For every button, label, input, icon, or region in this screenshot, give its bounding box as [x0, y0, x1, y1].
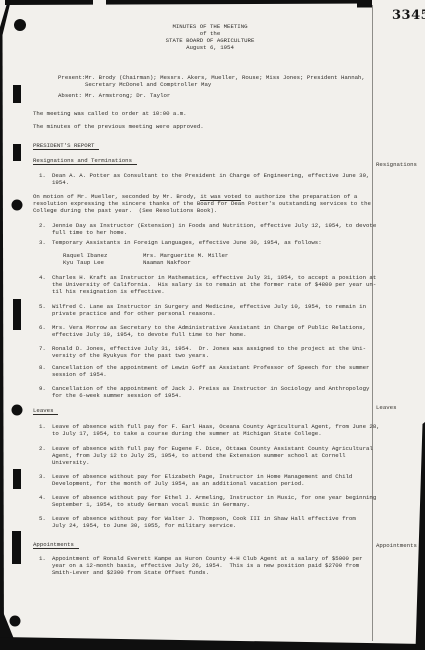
- document-title: MINUTES OF THE MEETING of the STATE BOAR…: [41, 23, 379, 51]
- present-label: Present:: [58, 74, 85, 81]
- item-number: 3.: [39, 239, 46, 246]
- attendance-absent: Absent: Mr. Armstrong; Dr. Taylor: [33, 92, 371, 99]
- presidents-report-heading-text: PRESIDENT'S REPORT: [33, 142, 99, 150]
- absent-label: Absent:: [58, 92, 82, 99]
- presidents-report-heading: PRESIDENT'S REPORT: [33, 142, 371, 150]
- item-text: Cancellation of the appointment of Jack …: [52, 385, 371, 399]
- binder-mark: [13, 85, 21, 103]
- resignation-item-3: 3. Temporary Assistants in Foreign Langu…: [33, 239, 371, 246]
- resignation-item-2: 2. Jennie Day as Instructor (Extension) …: [33, 222, 371, 236]
- attendance-present: Present: Mr. Brody (Chairman); Messrs. A…: [33, 74, 371, 88]
- leave-item-5: 5. Leave of absence without pay for Walt…: [33, 515, 371, 529]
- binder-mark: [12, 531, 21, 564]
- scan-left-edge: [0, 33, 4, 650]
- minutes-approved-text: The minutes of the previous meeting were…: [33, 123, 371, 130]
- leave-item-4: 4. Leave of absence without pay for Ethe…: [33, 494, 371, 508]
- item-text: Appointment of Ronald Everett Kampe as H…: [52, 555, 371, 576]
- called-to-order-line: The meeting was called to order at 10:00…: [33, 110, 371, 117]
- item-number: 2.: [39, 445, 46, 452]
- absent-names: Mr. Armstrong; Dr. Taylor: [85, 92, 371, 99]
- title-line-1: MINUTES OF THE MEETING: [41, 23, 379, 30]
- item-text: Wilfred C. Lane as Instructor in Surgery…: [52, 303, 371, 317]
- resignation-item-5: 5. Wilfred C. Lane as Instructor in Surg…: [33, 303, 371, 317]
- motion-paragraph: On motion of Mr. Mueller, seconded by Mr…: [33, 193, 371, 214]
- resignation-item-7: 7. Ronald D. Jones, effective July 31, 1…: [33, 345, 371, 359]
- item-text: Dean A. A. Potter as Consultant to the P…: [52, 172, 371, 186]
- temporary-assistants-names: Raquel IbanezKyu Taup Lee Mrs. Marguerit…: [33, 252, 371, 266]
- item-number: 6.: [39, 324, 46, 331]
- item-number: 1.: [39, 172, 46, 179]
- leave-item-3: 3. Leave of absence without pay for Eliz…: [33, 473, 371, 487]
- present-names: Mr. Brody (Chairman); Messrs. Akers, Mue…: [85, 74, 371, 88]
- assistants-column-2: Mrs. Marguerite M. MillerNaaman Nakfoor: [143, 252, 228, 266]
- item-number: 4.: [39, 274, 46, 281]
- called-to-order-text: The meeting was called to order at 10:00…: [33, 110, 371, 117]
- binder-mark: [13, 469, 21, 489]
- motion-line-2: resolution expressing the sincere thanks…: [33, 200, 371, 207]
- motion-line-3: College during the past year. (See Resol…: [33, 207, 371, 214]
- item-text: Leave of absence with full pay for Eugen…: [52, 445, 371, 466]
- binder-mark: [13, 299, 21, 330]
- resignations-heading: Resignations and Terminations: [33, 157, 371, 165]
- scan-right-edge: [416, 422, 425, 650]
- item-number: 1.: [39, 555, 46, 562]
- scan-corner-diagonal: [0, 0, 11, 35]
- margin-column-rule: [372, 5, 373, 641]
- resignation-item-9: 9. Cancellation of the appointment of Ja…: [33, 385, 371, 399]
- item-text: Charles H. Kraft as Instructor in Mathem…: [52, 274, 371, 295]
- binder-hole: [12, 200, 23, 211]
- item-number: 3.: [39, 473, 46, 480]
- item-number: 8.: [39, 364, 46, 371]
- item-text: Leave of absence without pay for Elizabe…: [52, 473, 371, 487]
- title-line-3: STATE BOARD OF AGRICULTURE: [41, 37, 379, 44]
- motion-line-1: On motion of Mr. Mueller, seconded by Mr…: [33, 193, 371, 200]
- margin-note-appointments: Appointments: [376, 542, 417, 549]
- scan-bottom-left-wedge: [0, 610, 14, 643]
- leaves-heading: Leaves: [33, 407, 371, 415]
- motion-text: to authorize the preparation of a: [241, 193, 357, 200]
- title-line-4: August 6, 1954: [41, 44, 379, 51]
- item-text: Cancellation of the appointment of Lewin…: [52, 364, 371, 378]
- minutes-approved-line: The minutes of the previous meeting were…: [33, 123, 371, 130]
- document-page: 3345 Resignations Leaves Appointments MI…: [0, 0, 425, 650]
- appointments-heading-text: Appointments: [33, 541, 79, 549]
- leaves-heading-text: Leaves: [33, 407, 58, 415]
- resignations-heading-text: Resignations and Terminations: [33, 157, 137, 165]
- resignation-item-6: 6. Mrs. Vera Morrow as Secretary to the …: [33, 324, 371, 338]
- item-number: 9.: [39, 385, 46, 392]
- item-text: Leave of absence without pay for Ethel J…: [52, 494, 371, 508]
- leave-item-1: 1. Leave of absence with full pay for F.…: [33, 423, 371, 437]
- motion-text: On motion of Mr. Mueller, seconded by Mr…: [33, 193, 200, 200]
- page-number: 3345: [392, 8, 425, 23]
- assistants-column-1: Raquel IbanezKyu Taup Lee: [63, 252, 107, 266]
- binder-hole: [12, 405, 23, 416]
- item-text: Leave of absence without pay for Walter …: [52, 515, 371, 529]
- item-text: Ronald D. Jones, effective July 31, 1954…: [52, 345, 371, 359]
- item-number: 1.: [39, 423, 46, 430]
- binder-hole: [14, 19, 26, 31]
- margin-note-resignations: Resignations: [376, 161, 417, 168]
- resignation-item-8: 8. Cancellation of the appointment of Le…: [33, 364, 371, 378]
- appointments-heading: Appointments: [33, 541, 371, 549]
- margin-note-leaves: Leaves: [376, 404, 396, 411]
- item-text: Jennie Day as Instructor (Extension) in …: [52, 222, 371, 236]
- resignation-item-4: 4. Charles H. Kraft as Instructor in Mat…: [33, 274, 371, 295]
- item-text: Leave of absence with full pay for F. Ea…: [52, 423, 371, 437]
- item-number: 4.: [39, 494, 46, 501]
- binder-mark: [13, 144, 21, 161]
- resignation-item-1: 1. Dean A. A. Potter as Consultant to th…: [33, 172, 371, 186]
- item-text: Temporary Assistants in Foreign Language…: [52, 239, 371, 246]
- appointment-item-1: 1. Appointment of Ronald Everett Kampe a…: [33, 555, 371, 576]
- item-number: 7.: [39, 345, 46, 352]
- item-number: 2.: [39, 222, 46, 229]
- binder-hole: [10, 616, 21, 627]
- item-text: Mrs. Vera Morrow as Secretary to the Adm…: [52, 324, 371, 338]
- item-number: 5.: [39, 303, 46, 310]
- leave-item-2: 2. Leave of absence with full pay for Eu…: [33, 445, 371, 466]
- document-body: MINUTES OF THE MEETING of the STATE BOAR…: [33, 0, 371, 650]
- title-line-2: of the: [41, 30, 379, 37]
- item-number: 5.: [39, 515, 46, 522]
